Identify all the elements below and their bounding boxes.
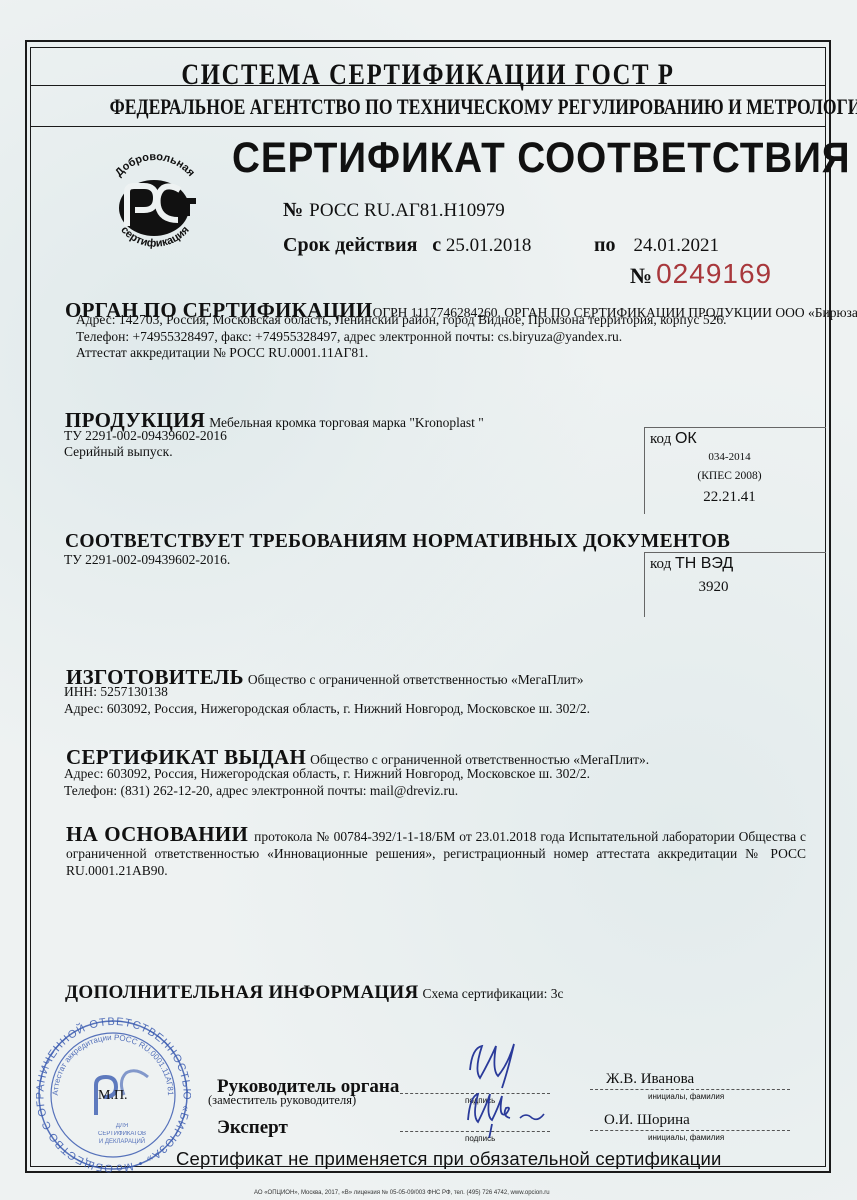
tnved-code-value: 3920 xyxy=(623,579,804,596)
certification-body-accreditation: Аттестат аккредитации № РОСС RU.0001.11А… xyxy=(76,345,816,362)
certificate-number: №РОСС RU.АГ81.Н10979 xyxy=(283,199,505,222)
product-release: Серийный выпуск. xyxy=(64,444,227,460)
svg-text:ДЛЯ: ДЛЯ xyxy=(116,1123,128,1129)
manufacturer-inn: ИНН: 5257130138 xyxy=(64,683,590,700)
certification-scheme: Схема сертификации: 3с xyxy=(423,986,564,1001)
ok-code-value: 22.21.41 xyxy=(639,489,820,506)
head-name-caption: инициалы, фамилия xyxy=(648,1092,724,1101)
svg-text:Добровольная: Добровольная xyxy=(113,151,197,179)
head-name: Ж.В. Иванова xyxy=(606,1071,694,1088)
svg-text:И ДЕКЛАРАЦИЙ: И ДЕКЛАРАЦИЙ xyxy=(99,1137,145,1145)
ok-standard: 034-2014 xyxy=(639,451,820,463)
certification-body-details: Адрес: 142703, Россия, Московская област… xyxy=(76,312,816,362)
additional-info-section: ДОПОЛНИТЕЛЬНАЯ ИНФОРМАЦИЯ Схема сертифик… xyxy=(65,982,563,1004)
manufacturer-details: ИНН: 5257130138 Адрес: 603092, Россия, Н… xyxy=(64,683,590,717)
issued-to-details: Адрес: 603092, Россия, Нижегородская обл… xyxy=(64,765,590,799)
validity-from: Срок действия с 25.01.2018 xyxy=(283,234,531,257)
expert-signature-icon xyxy=(458,1088,548,1138)
manufacturer-address: Адрес: 603092, Россия, Нижегородская обл… xyxy=(64,700,590,717)
head-name-line xyxy=(590,1089,790,1090)
printer-imprint: АО «ОПЦИОН», Москва, 2017, «В» лицензия … xyxy=(254,1190,550,1196)
expert-name-caption: инициалы, фамилия xyxy=(648,1133,724,1142)
basis-section: НА ОСНОВАНИИпротокола № 00784-392/1-1-18… xyxy=(66,826,806,879)
head-of-body-sublabel: (заместитель руководителя) xyxy=(208,1093,356,1108)
blank-serial-number: №0249169 xyxy=(630,258,772,290)
expert-name-line xyxy=(590,1130,790,1131)
issued-to-address: Адрес: 603092, Россия, Нижегородская обл… xyxy=(64,765,590,782)
certification-body-contacts: Телефон: +74955328497, факс: +7495532849… xyxy=(76,329,816,346)
product-details: ТУ 2291-002-09439602-2016 Серийный выпус… xyxy=(64,428,227,460)
certificate-number-value: РОСС RU.АГ81.Н10979 xyxy=(309,200,505,221)
additional-info-heading: ДОПОЛНИТЕЛЬНАЯ ИНФОРМАЦИЯ xyxy=(65,982,419,1003)
rst-logo-icon: Добровольная сертификация xyxy=(100,150,210,260)
product-spec: ТУ 2291-002-09439602-2016 xyxy=(64,428,227,444)
tnved-code-box: код ТН ВЭД 3920 xyxy=(644,552,826,617)
validity-to: по24.01.2021 xyxy=(594,234,719,257)
conformity-documents: ТУ 2291-002-09439602-2016. xyxy=(64,552,230,568)
ok-classifier: (КПЕС 2008) xyxy=(639,470,820,482)
valid-to-date: 24.01.2021 xyxy=(634,235,720,256)
expert-label: Эксперт xyxy=(217,1117,288,1139)
document-title: СЕРТИФИКАТ СООТВЕТСТВИЯ xyxy=(232,134,851,183)
certification-body-address: Адрес: 142703, Россия, Московская област… xyxy=(76,312,816,329)
validity-label: Срок действия xyxy=(283,234,417,256)
certification-system-title: СИСТЕМА СЕРТИФИКАЦИИ ГОСТ Р xyxy=(102,58,755,92)
head-signature-icon xyxy=(462,1040,532,1090)
header-divider-2 xyxy=(30,126,826,127)
svg-text:СЕРТИФИКАТОВ: СЕРТИФИКАТОВ xyxy=(98,1131,146,1137)
conformity-heading: СООТВЕТСТВУЕТ ТРЕБОВАНИЯМ НОРМАТИВНЫХ ДО… xyxy=(65,531,730,553)
agency-title: ФЕДЕРАЛЬНОЕ АГЕНТСТВО ПО ТЕХНИЧЕСКОМУ РЕ… xyxy=(110,94,747,120)
stamp-place-label: М.П. xyxy=(98,1088,128,1104)
expert-name: О.И. Шорина xyxy=(604,1112,690,1129)
ok-code-box: код ОК 034-2014 (КПЕС 2008) 22.21.41 xyxy=(644,427,826,514)
voluntary-note: Сертификат не применяется при обязательн… xyxy=(176,1148,722,1170)
serial-number-value: 0249169 xyxy=(656,258,772,289)
issued-to-contacts: Телефон: (831) 262-12-20, адрес электрон… xyxy=(64,782,590,799)
basis-heading: НА ОСНОВАНИИ xyxy=(66,822,248,846)
valid-from-date: 25.01.2018 xyxy=(446,235,532,256)
product-name: Мебельная кромка торговая марка "Kronopl… xyxy=(209,415,484,430)
